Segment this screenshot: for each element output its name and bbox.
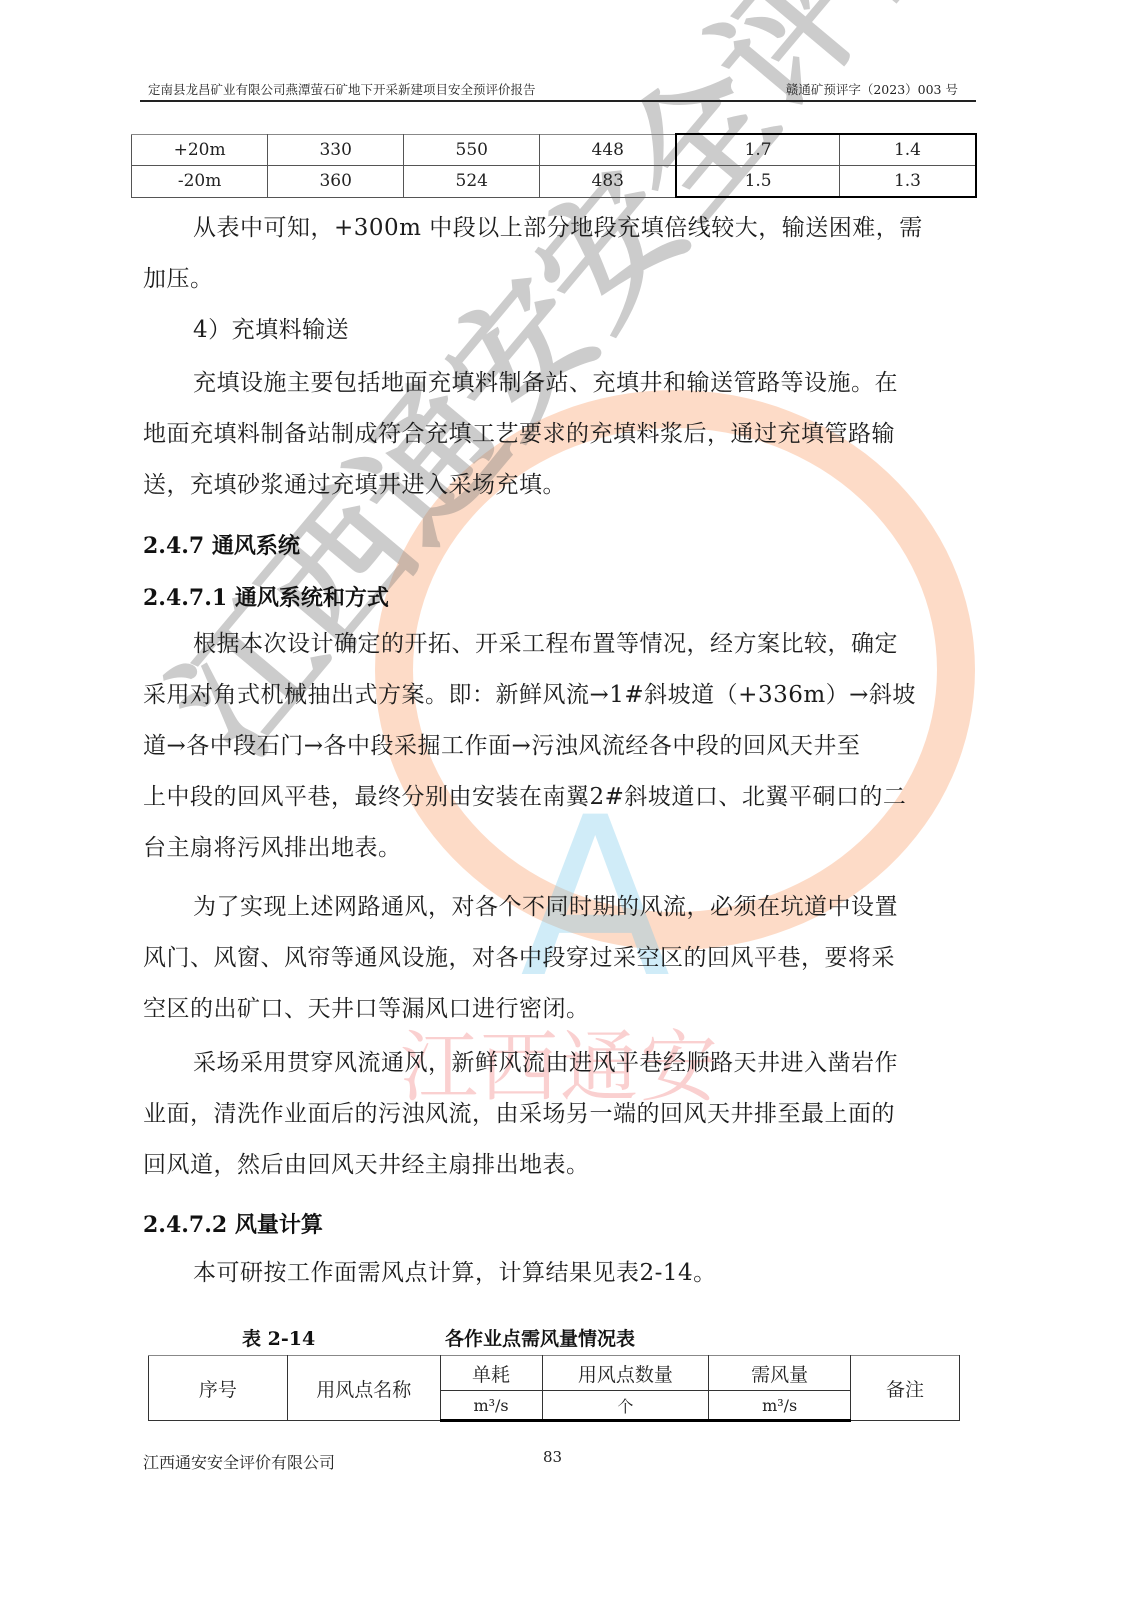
table-cell: 1.4: [839, 134, 976, 166]
header-name: 用风点名称: [287, 1356, 440, 1421]
unit-required-air: m³/s: [709, 1391, 851, 1421]
table-row: +20m 330 550 448 1.7 1.4: [132, 134, 977, 166]
unit-count: 个: [542, 1391, 709, 1421]
paragraph-stope-ventilation: 采场采用贯穿风流通风，新鲜风流由进风平巷经顺路天井进入凿岩作 业面，清洗作业面后…: [143, 1038, 973, 1191]
table-cell: 524: [404, 166, 540, 198]
paragraph-ventilation-method: 根据本次设计确定的开拓、开采工程布置等情况，经方案比较，确定 采用对角式机械抽出…: [143, 619, 973, 874]
paragraph-air-calculation: 本可研按工作面需风点计算，计算结果见表2-14。: [143, 1248, 973, 1299]
table-cell: 1.3: [839, 166, 976, 198]
table-cell: +20m: [132, 134, 268, 166]
air-demand-table: 序号 用风点名称 单耗 用风点数量 需风量 备注 m³/s 个 m³/s: [148, 1355, 960, 1422]
table-header-row: 序号 用风点名称 单耗 用风点数量 需风量 备注: [149, 1356, 960, 1391]
table-cell: 550: [404, 134, 540, 166]
list-item-fill-transport: 4）充填料输送: [143, 305, 973, 356]
section-heading-2-4-7: 2.4.7 通风系统: [143, 529, 300, 560]
table-cell: 448: [540, 134, 677, 166]
page-number: 83: [543, 1448, 562, 1466]
section-heading-2-4-7-1: 2.4.7.1 通风系统和方式: [143, 581, 389, 612]
table-cell: 483: [540, 166, 677, 198]
table-caption-title: 各作业点需风量情况表: [445, 1324, 635, 1351]
table-cell: 1.5: [676, 166, 839, 198]
header-unit-consumption: 单耗: [440, 1356, 542, 1391]
paragraph-fill-ratio: 从表中可知，+300m 中段以上部分地段充填倍线较大，输送困难，需 加压。: [143, 203, 973, 305]
table-cell: 360: [268, 166, 404, 198]
header-count: 用风点数量: [542, 1356, 709, 1391]
header-required-air: 需风量: [709, 1356, 851, 1391]
table-row: -20m 360 524 483 1.5 1.3: [132, 166, 977, 198]
table-cell: -20m: [132, 166, 268, 198]
header-report-number: 赣通矿预评字（2023）003 号: [786, 80, 958, 98]
continuation-table: +20m 330 550 448 1.7 1.4 -20m 360 524 48…: [131, 133, 977, 198]
unit-unit-consumption: m³/s: [440, 1391, 542, 1421]
paragraph-ventilation-facilities: 为了实现上述网路通风，对各个不同时期的风流，必须在坑道中设置 风门、风窗、风帘等…: [143, 882, 973, 1035]
paragraph-fill-facilities: 充填设施主要包括地面充填料制备站、充填井和输送管路等设施。在 地面充填料制备站制…: [143, 358, 973, 511]
table-cell: 330: [268, 134, 404, 166]
header-report-title: 定南县龙昌矿业有限公司燕潭萤石矿地下开采新建项目安全预评价报告: [148, 80, 536, 98]
header-seq: 序号: [149, 1356, 288, 1421]
header-remarks: 备注: [851, 1356, 960, 1421]
table-cell: 1.7: [676, 134, 839, 166]
table-caption-number: 表 2-14: [242, 1324, 315, 1351]
page-header: 定南县龙昌矿业有限公司燕潭萤石矿地下开采新建项目安全预评价报告 赣通矿预评字（2…: [140, 78, 976, 102]
section-heading-2-4-7-2: 2.4.7.2 风量计算: [143, 1208, 323, 1239]
footer-company: 江西通安安全评价有限公司: [143, 1450, 335, 1473]
